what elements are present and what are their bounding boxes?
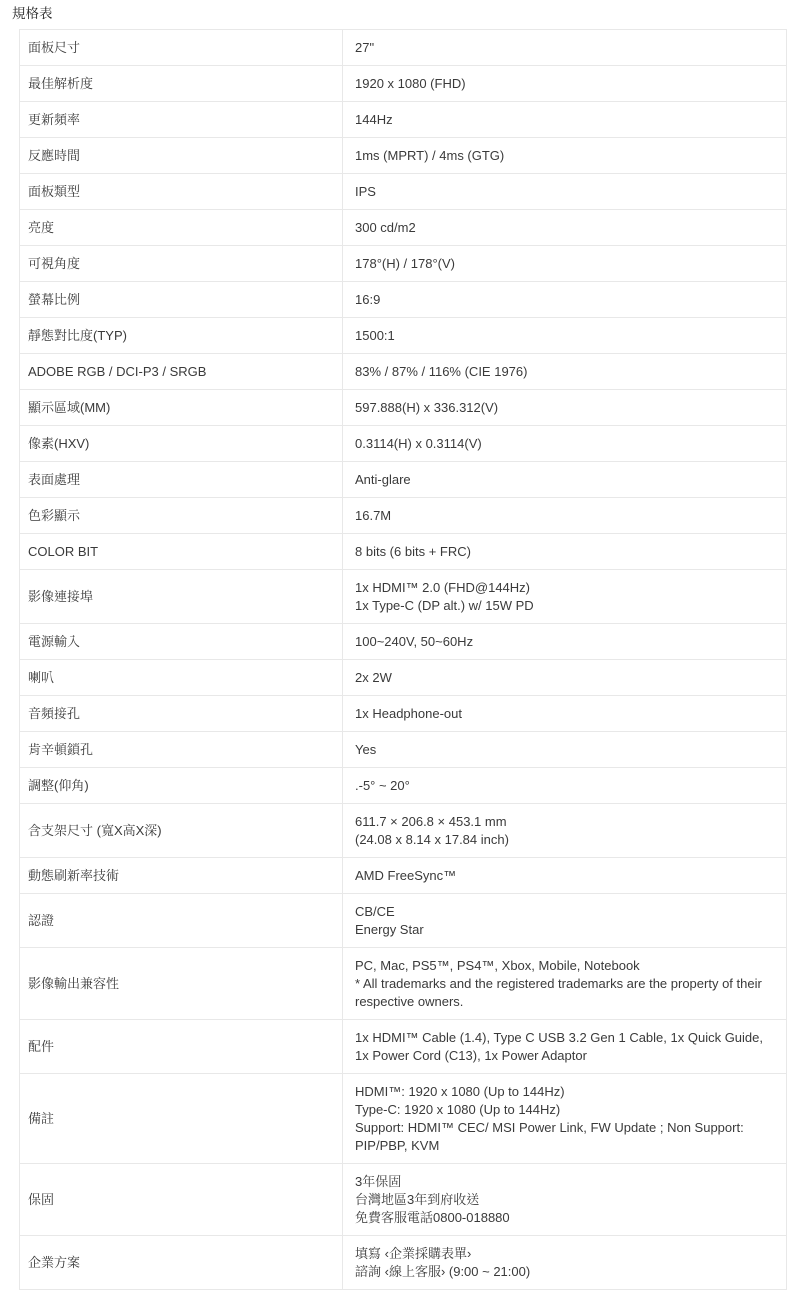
spec-label: 面板類型 (20, 174, 343, 210)
spec-value-line: 178°(H) / 178°(V) (355, 255, 772, 273)
spec-value-line: 0.3114(H) x 0.3114(V) (355, 435, 772, 453)
spec-value: 597.888(H) x 336.312(V) (343, 390, 787, 426)
spec-value-line: Anti-glare (355, 471, 772, 489)
spec-label: 面板尺寸 (20, 30, 343, 66)
spec-value-line: 83% / 87% / 116% (CIE 1976) (355, 363, 772, 381)
spec-value-line: * All trademarks and the registered trad… (355, 975, 772, 1011)
table-row: 面板類型IPS (20, 174, 787, 210)
spec-value: 100~240V, 50~60Hz (343, 624, 787, 660)
table-row: 喇叭2x 2W (20, 660, 787, 696)
spec-value-line: 1x HDMI™ 2.0 (FHD@144Hz) (355, 579, 772, 597)
table-row: 可視角度178°(H) / 178°(V) (20, 246, 787, 282)
spec-value-line: 16.7M (355, 507, 772, 525)
spec-value-line: 1920 x 1080 (FHD) (355, 75, 772, 93)
spec-value: 0.3114(H) x 0.3114(V) (343, 426, 787, 462)
table-row: 備註HDMI™: 1920 x 1080 (Up to 144Hz)Type-C… (20, 1074, 787, 1164)
spec-label: 更新頻率 (20, 102, 343, 138)
table-row: 動態刷新率技術AMD FreeSync™ (20, 858, 787, 894)
spec-value-line: 填寫 ‹企業採購表單› (355, 1245, 772, 1263)
spec-value: 1ms (MPRT) / 4ms (GTG) (343, 138, 787, 174)
spec-label: 肯辛頓鎖孔 (20, 732, 343, 768)
spec-value-line: 597.888(H) x 336.312(V) (355, 399, 772, 417)
spec-value: 611.7 × 206.8 × 453.1 mm(24.08 x 8.14 x … (343, 804, 787, 858)
spec-label: 動態刷新率技術 (20, 858, 343, 894)
spec-value: 83% / 87% / 116% (CIE 1976) (343, 354, 787, 390)
spec-value: Yes (343, 732, 787, 768)
spec-label: ADOBE RGB / DCI-P3 / SRGB (20, 354, 343, 390)
table-row: 亮度300 cd/m2 (20, 210, 787, 246)
spec-value: IPS (343, 174, 787, 210)
table-row: 最佳解析度1920 x 1080 (FHD) (20, 66, 787, 102)
spec-value: Anti-glare (343, 462, 787, 498)
spec-value-line: IPS (355, 183, 772, 201)
spec-value: 16.7M (343, 498, 787, 534)
spec-value: 1500:1 (343, 318, 787, 354)
spec-value-line: 3年保固 (355, 1173, 772, 1191)
spec-value: 178°(H) / 178°(V) (343, 246, 787, 282)
spec-label: 表面處理 (20, 462, 343, 498)
spec-label: 備註 (20, 1074, 343, 1164)
spec-value-line: Support: HDMI™ CEC/ MSI Power Link, FW U… (355, 1119, 772, 1155)
spec-value-line: (24.08 x 8.14 x 17.84 inch) (355, 831, 772, 849)
spec-label: 音頻接孔 (20, 696, 343, 732)
table-row: 保固3年保固台灣地區3年到府收送免費客服電話0800-018880 (20, 1164, 787, 1236)
spec-label: 調整(仰角) (20, 768, 343, 804)
spec-value: 8 bits (6 bits + FRC) (343, 534, 787, 570)
table-row: 企業方案填寫 ‹企業採購表單›諮詢 ‹線上客服› (9:00 ~ 21:00) (20, 1236, 787, 1290)
table-row: 影像連接埠1x HDMI™ 2.0 (FHD@144Hz)1x Type-C (… (20, 570, 787, 624)
spec-value: .-5° ~ 20° (343, 768, 787, 804)
spec-value: 2x 2W (343, 660, 787, 696)
spec-value: 1x Headphone-out (343, 696, 787, 732)
spec-value: 16:9 (343, 282, 787, 318)
spec-label: 靜態對比度(TYP) (20, 318, 343, 354)
spec-value-line: 300 cd/m2 (355, 219, 772, 237)
spec-label: 像素(HXV) (20, 426, 343, 462)
table-row: 認證CB/CEEnergy Star (20, 894, 787, 948)
spec-value-line: 免費客服電話0800-018880 (355, 1209, 772, 1227)
spec-value-line: Energy Star (355, 921, 772, 939)
spec-value-line: 2x 2W (355, 669, 772, 687)
spec-value: AMD FreeSync™ (343, 858, 787, 894)
spec-label: 配件 (20, 1020, 343, 1074)
spec-value: 填寫 ‹企業採購表單›諮詢 ‹線上客服› (9:00 ~ 21:00) (343, 1236, 787, 1290)
spec-page: 規格表 面板尺寸27"最佳解析度1920 x 1080 (FHD)更新頻率144… (0, 0, 800, 1300)
spec-value: CB/CEEnergy Star (343, 894, 787, 948)
spec-label: 含支架尺寸 (寬X高X深) (20, 804, 343, 858)
table-row: COLOR BIT8 bits (6 bits + FRC) (20, 534, 787, 570)
spec-value-line: 1500:1 (355, 327, 772, 345)
spec-value-line: 16:9 (355, 291, 772, 309)
spec-label: 認證 (20, 894, 343, 948)
table-row: 靜態對比度(TYP)1500:1 (20, 318, 787, 354)
spec-label: 反應時間 (20, 138, 343, 174)
spec-value-line: 1ms (MPRT) / 4ms (GTG) (355, 147, 772, 165)
spec-table-body: 面板尺寸27"最佳解析度1920 x 1080 (FHD)更新頻率144Hz反應… (20, 30, 787, 1290)
spec-value-line: 1x Type-C (DP alt.) w/ 15W PD (355, 597, 772, 615)
spec-label: 色彩顯示 (20, 498, 343, 534)
table-row: 含支架尺寸 (寬X高X深)611.7 × 206.8 × 453.1 mm(24… (20, 804, 787, 858)
table-row: 面板尺寸27" (20, 30, 787, 66)
spec-value-line: 1x Headphone-out (355, 705, 772, 723)
spec-value: 144Hz (343, 102, 787, 138)
spec-value-line: 諮詢 ‹線上客服› (9:00 ~ 21:00) (355, 1263, 772, 1281)
table-row: ADOBE RGB / DCI-P3 / SRGB83% / 87% / 116… (20, 354, 787, 390)
spec-label: 企業方案 (20, 1236, 343, 1290)
spec-value-line: 144Hz (355, 111, 772, 129)
spec-value-line: AMD FreeSync™ (355, 867, 772, 885)
spec-value: 3年保固台灣地區3年到府收送免費客服電話0800-018880 (343, 1164, 787, 1236)
spec-value: HDMI™: 1920 x 1080 (Up to 144Hz)Type-C: … (343, 1074, 787, 1164)
table-row: 螢幕比例16:9 (20, 282, 787, 318)
spec-value-line: 611.7 × 206.8 × 453.1 mm (355, 813, 772, 831)
table-row: 肯辛頓鎖孔Yes (20, 732, 787, 768)
spec-value-line: 100~240V, 50~60Hz (355, 633, 772, 651)
table-row: 音頻接孔1x Headphone-out (20, 696, 787, 732)
spec-value-line: 台灣地區3年到府收送 (355, 1191, 772, 1209)
table-row: 調整(仰角).-5° ~ 20° (20, 768, 787, 804)
spec-value: PC, Mac, PS5™, PS4™, Xbox, Mobile, Noteb… (343, 948, 787, 1020)
spec-label: 影像連接埠 (20, 570, 343, 624)
spec-label: 可視角度 (20, 246, 343, 282)
spec-value: 1x HDMI™ Cable (1.4), Type C USB 3.2 Gen… (343, 1020, 787, 1074)
spec-value-line: .-5° ~ 20° (355, 777, 772, 795)
spec-value-line: Type-C: 1920 x 1080 (Up to 144Hz) (355, 1101, 772, 1119)
table-row: 色彩顯示16.7M (20, 498, 787, 534)
spec-value-line: 1x HDMI™ Cable (1.4), Type C USB 3.2 Gen… (355, 1029, 772, 1065)
spec-label: COLOR BIT (20, 534, 343, 570)
spec-value: 1920 x 1080 (FHD) (343, 66, 787, 102)
table-row: 電源輸入100~240V, 50~60Hz (20, 624, 787, 660)
spec-value-line: HDMI™: 1920 x 1080 (Up to 144Hz) (355, 1083, 772, 1101)
page-title: 規格表 (12, 6, 788, 22)
spec-label: 最佳解析度 (20, 66, 343, 102)
table-row: 更新頻率144Hz (20, 102, 787, 138)
spec-label: 螢幕比例 (20, 282, 343, 318)
spec-value: 300 cd/m2 (343, 210, 787, 246)
spec-label: 電源輸入 (20, 624, 343, 660)
spec-label: 影像輸出兼容性 (20, 948, 343, 1020)
spec-value-line: 27" (355, 39, 772, 57)
spec-value-line: CB/CE (355, 903, 772, 921)
table-row: 顯示區域(MM)597.888(H) x 336.312(V) (20, 390, 787, 426)
spec-table: 面板尺寸27"最佳解析度1920 x 1080 (FHD)更新頻率144Hz反應… (19, 29, 787, 1290)
spec-value-line: Yes (355, 741, 772, 759)
spec-value-line: PC, Mac, PS5™, PS4™, Xbox, Mobile, Noteb… (355, 957, 772, 975)
table-row: 表面處理Anti-glare (20, 462, 787, 498)
spec-label: 喇叭 (20, 660, 343, 696)
table-row: 配件1x HDMI™ Cable (1.4), Type C USB 3.2 G… (20, 1020, 787, 1074)
spec-label: 亮度 (20, 210, 343, 246)
table-row: 影像輸出兼容性PC, Mac, PS5™, PS4™, Xbox, Mobile… (20, 948, 787, 1020)
table-row: 反應時間1ms (MPRT) / 4ms (GTG) (20, 138, 787, 174)
spec-label: 保固 (20, 1164, 343, 1236)
spec-label: 顯示區域(MM) (20, 390, 343, 426)
spec-value: 27" (343, 30, 787, 66)
spec-value: 1x HDMI™ 2.0 (FHD@144Hz)1x Type-C (DP al… (343, 570, 787, 624)
table-row: 像素(HXV)0.3114(H) x 0.3114(V) (20, 426, 787, 462)
spec-value-line: 8 bits (6 bits + FRC) (355, 543, 772, 561)
